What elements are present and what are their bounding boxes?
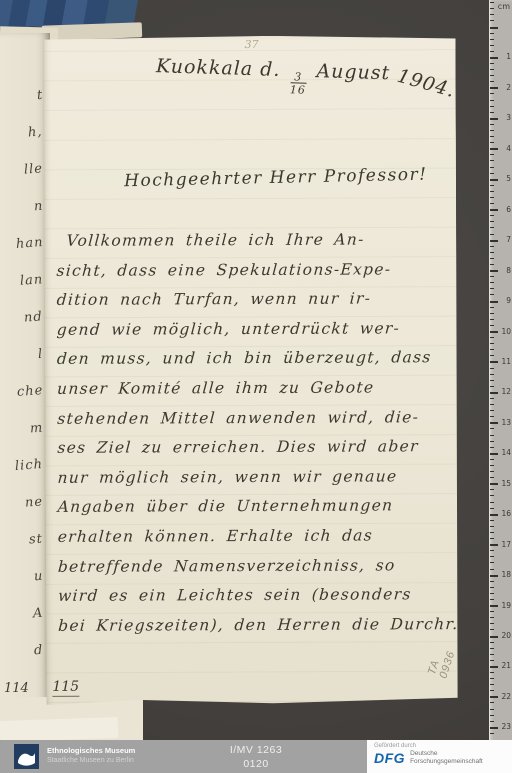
manuscript-page: 37 Kuokkala d. 316 August 1904. Hochgeeh… — [44, 35, 459, 705]
handwriting-fragment: han — [15, 235, 43, 252]
body-line: stehenden Mittel anwenden wird, die- — [56, 403, 452, 434]
body-line: betreffende Namensverzeichniss, so — [57, 551, 453, 582]
ruler-tick — [490, 398, 494, 399]
ruler-tick — [490, 288, 494, 289]
ruler-tick — [490, 343, 494, 344]
handwriting-fragment: lan — [19, 272, 43, 289]
ruler-number: 4 — [497, 144, 511, 153]
ruler: cm 1234567891011121314151617181920212223 — [489, 0, 512, 741]
date-month: August — [316, 60, 390, 84]
ruler-tick — [490, 623, 494, 624]
ruler-tick — [490, 173, 494, 174]
ruler-tick — [490, 733, 494, 734]
funder-box: Gefördert durch DFG Deutsche Forschungsg… — [367, 740, 512, 773]
ruler-tick — [490, 410, 494, 411]
ruler-number: 22 — [497, 692, 511, 701]
salutation: Hochgeehrter Herr Professor! — [124, 165, 428, 192]
ruler-unit-label: cm — [498, 2, 510, 11]
ruler-tick — [490, 447, 494, 448]
ruler-tick — [490, 374, 494, 375]
ruler-tick — [490, 69, 494, 70]
ruler-number: 19 — [497, 601, 511, 610]
ruler-tick — [490, 197, 494, 198]
ruler-tick — [490, 721, 494, 722]
handwriting-fragment: t — [36, 88, 43, 103]
ruler-tick — [490, 441, 494, 442]
ruler-number: 15 — [497, 479, 511, 488]
ruler-tick — [490, 569, 494, 570]
ruler-tick — [490, 325, 494, 326]
ruler-tick — [490, 33, 494, 34]
ruler-tick — [490, 221, 494, 222]
handwriting-fragment: st — [29, 532, 44, 548]
ruler-tick — [490, 380, 494, 381]
ruler-tick — [490, 581, 494, 582]
letter-body: Vollkommen theile ich Ihre An-sicht, das… — [56, 225, 452, 641]
funder-row: DFG Deutsche Forschungsgemeinschaft — [374, 750, 512, 767]
ruler-tick — [490, 130, 494, 131]
ruler-number: 13 — [497, 418, 511, 427]
ruler-number: 6 — [497, 205, 511, 214]
ruler-tick — [490, 319, 494, 320]
page-number: 115 — [52, 679, 79, 697]
ruler-tick — [490, 191, 494, 192]
date-place: Kuokkala — [156, 55, 254, 80]
date-year: 1904. — [395, 65, 458, 102]
body-line: ses Ziel zu erreichen. Dies wird aber — [56, 432, 452, 463]
ruler-number: 1 — [497, 52, 511, 61]
funding-label: Gefördert durch — [374, 743, 512, 749]
ruler-tick — [490, 51, 494, 52]
ruler-tick — [490, 678, 494, 679]
ruler-tick — [490, 337, 494, 338]
ruler-tick — [490, 276, 494, 277]
ruler-tick — [490, 258, 494, 259]
ruler-tick — [490, 368, 494, 369]
ruler-tick — [490, 428, 494, 429]
ruler-tick — [490, 349, 494, 350]
ruler-tick — [490, 489, 494, 490]
ruler-tick — [490, 684, 494, 685]
ruler-number: 17 — [497, 540, 511, 549]
body-line: Angaben über die Unternehmungen — [57, 491, 453, 522]
ruler-tick — [490, 100, 494, 101]
ruler-tick — [490, 587, 494, 588]
ruler-tick — [490, 459, 494, 460]
handwriting-fragment: A — [32, 606, 43, 622]
ruler-tick — [490, 215, 494, 216]
ruler-tick — [490, 404, 494, 405]
handwriting-fragment: u — [33, 569, 43, 585]
ruler-number: 3 — [497, 113, 511, 122]
ruler-tick — [490, 526, 494, 527]
handwriting-fragment: nd — [24, 309, 44, 325]
ruler-tick — [490, 465, 494, 466]
ruler-tick — [490, 502, 494, 503]
ruler-tick — [490, 495, 494, 496]
ruler-tick — [490, 203, 494, 204]
ruler-tick — [490, 307, 494, 308]
ruler-tick — [490, 629, 494, 630]
ruler-tick — [490, 2, 494, 3]
body-line: dition nach Turfan, wenn nur ir- — [56, 284, 452, 315]
ruler-tick — [490, 14, 494, 15]
ruler-tick — [490, 27, 498, 29]
previous-page-edge: 114 th,llenhanlanndlchemlichnestuAd — [0, 33, 50, 740]
ruler-tick — [490, 313, 494, 314]
ruler-number: 18 — [497, 570, 511, 579]
funder-name: Deutsche Forschungsgemeinschaft — [410, 750, 483, 767]
ruler-tick — [490, 252, 494, 253]
ruler-number: 7 — [497, 235, 511, 244]
ruler-tick — [490, 63, 494, 64]
ruler-tick — [490, 556, 494, 557]
ruler-tick — [490, 124, 494, 125]
body-line: Vollkommen theile ich Ihre An- — [55, 225, 451, 256]
ruler-tick — [490, 416, 494, 417]
handwriting-fragment: n — [33, 199, 43, 215]
ruler-tick — [490, 520, 494, 521]
ruler-tick — [490, 599, 494, 600]
ruler-tick — [490, 660, 494, 661]
ruler-tick — [490, 435, 494, 436]
ruler-tick — [490, 532, 494, 533]
ruler-tick — [490, 386, 494, 387]
handwriting-fragment: d — [33, 643, 43, 659]
ruler-tick — [490, 355, 494, 356]
ruler-tick — [490, 185, 494, 186]
ruler-tick — [490, 75, 494, 76]
handwriting-fragment: h, — [28, 125, 44, 141]
body-line: sicht, dass eine Spekulations-Expe- — [56, 255, 452, 286]
date-line: Kuokkala d. 316 August 1904. — [155, 55, 457, 100]
ruler-number: 12 — [497, 387, 511, 396]
ruler-tick — [490, 562, 494, 563]
ruler-tick — [490, 167, 494, 168]
ruler-tick — [490, 702, 494, 703]
ruler-tick — [490, 654, 494, 655]
scan-viewer: 114 th,llenhanlanndlchemlichnestuAd 37 K… — [0, 0, 512, 773]
previous-page-number: 114 — [4, 681, 29, 696]
ruler-tick — [490, 264, 494, 265]
ruler-number: 11 — [497, 357, 511, 366]
ruler-tick — [490, 227, 494, 228]
ruler-tick — [490, 81, 494, 82]
ruler-number: 8 — [497, 266, 511, 275]
handwriting-fragment: m — [29, 421, 43, 437]
pencil-folio-number: 37 — [245, 38, 259, 51]
ruler-tick — [490, 246, 494, 247]
ruler-tick — [490, 617, 494, 618]
ruler-number: 10 — [497, 327, 511, 336]
handwriting-fragment: lich — [15, 457, 44, 474]
dfg-logo: DFG — [374, 751, 405, 765]
ruler-tick — [490, 611, 494, 612]
ruler-tick — [490, 160, 494, 161]
ruler-tick — [490, 142, 494, 143]
handwriting-fragment: che — [16, 383, 43, 400]
body-line: unser Komité alle ihm zu Gebote — [56, 373, 452, 404]
ruler-number: 2 — [497, 83, 511, 92]
ruler-tick — [490, 234, 494, 235]
paper-edge — [0, 717, 118, 742]
handwriting-fragment: l — [37, 347, 43, 362]
body-line: den muss, und ich bin überzeugt, dass — [56, 343, 452, 374]
ruler-tick — [490, 538, 494, 539]
ruler-number: 21 — [497, 661, 511, 670]
ruler-number: 14 — [497, 448, 511, 457]
body-line: nur möglich sein, wenn wir genaue — [57, 462, 453, 493]
body-line: erhalten können. Erhalte ich das — [57, 521, 453, 552]
ruler-tick — [490, 106, 494, 107]
ruler-tick — [490, 550, 494, 551]
handwriting-fragment: ne — [24, 494, 43, 510]
ruler-tick — [490, 477, 494, 478]
ruler-number: 5 — [497, 174, 511, 183]
ruler-tick — [490, 45, 494, 46]
ruler-tick — [490, 648, 494, 649]
ruler-tick — [490, 508, 494, 509]
footer-bar: Ethnologisches Museum Staatliche Museen … — [0, 740, 512, 773]
ruler-number: 23 — [497, 722, 511, 731]
ruler-tick — [490, 715, 494, 716]
ruler-tick — [490, 8, 494, 9]
ruler-number: 16 — [497, 509, 511, 518]
ruler-tick — [490, 93, 494, 94]
ruler-tick — [490, 593, 494, 594]
date-fraction: 316 — [290, 71, 307, 95]
ruler-number: 9 — [497, 296, 511, 305]
body-line: gend wie möglich, unterdrückt wer- — [56, 314, 452, 345]
ruler-tick — [490, 709, 494, 710]
ruler-tick — [490, 690, 494, 691]
ruler-tick — [490, 39, 494, 40]
ruler-tick — [490, 672, 494, 673]
ruler-tick — [490, 282, 494, 283]
ruler-tick — [490, 642, 494, 643]
ruler-tick — [490, 154, 494, 155]
date-prefix: d. — [260, 58, 281, 81]
ruler-tick — [490, 20, 494, 21]
ruler-tick — [490, 294, 494, 295]
ruler-tick — [490, 112, 494, 113]
ruler-tick — [490, 136, 494, 137]
ruler-tick — [490, 471, 494, 472]
ruler-number: 20 — [497, 631, 511, 640]
body-line: bei Kriegszeiten), den Herren die Durchr… — [57, 610, 453, 641]
body-line: wird es ein Leichtes sein (besonders — [57, 580, 453, 611]
handwriting-fragment: lle — [23, 161, 43, 177]
vertical-shelfmark: TA 0936 — [426, 642, 459, 680]
